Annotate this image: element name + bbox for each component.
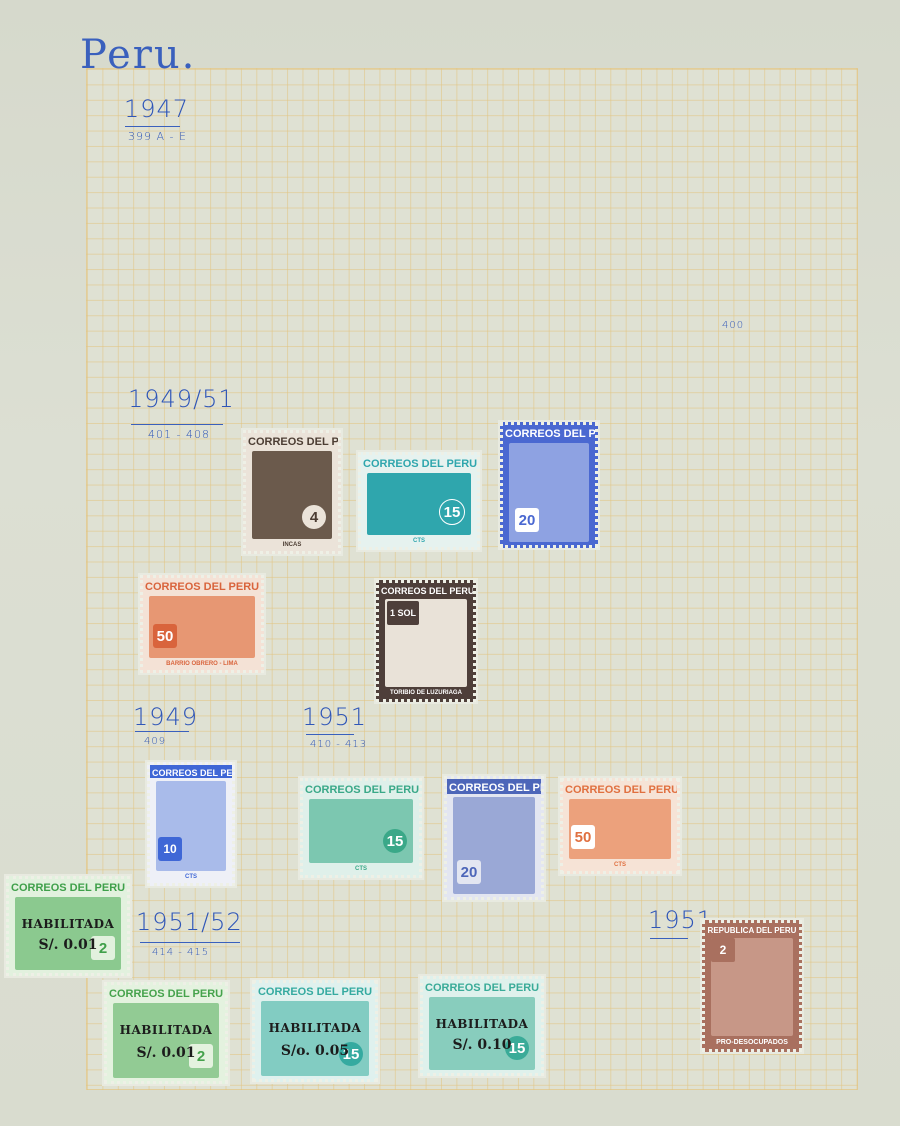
stamp-image: 4	[252, 451, 332, 539]
stamp: CORREOS DEL PERU 15 CTS	[300, 778, 422, 878]
catalog-range: 410 - 413	[310, 739, 367, 750]
section-year-1951: 1951	[302, 703, 367, 731]
album-page: Peru. 1947 399 A - E 400 1949/51 401 - 4…	[0, 0, 900, 1126]
underline	[650, 938, 688, 939]
underline	[306, 734, 354, 735]
stamp-image: 50	[149, 596, 255, 658]
stamp-overprinted: CORREOS DEL PERU 15 HABILITADA S/o. 0.05	[252, 980, 378, 1082]
stamp: CORREOS DEL PERU 10 CTS	[147, 762, 235, 886]
stamp-image: 20	[509, 443, 589, 542]
catalog-range: 399 A - E	[128, 130, 187, 143]
stamp-overprinted: CORREOS DEL PERU 2 HABILITADA S/. 0.01	[6, 876, 130, 976]
page-title: Peru.	[80, 32, 196, 78]
section-year-1951-52: 1951/52	[136, 908, 243, 936]
catalog-range: 414 - 415	[152, 947, 209, 958]
section-year-1949-51: 1949/51	[128, 385, 235, 413]
stamp-image: 2	[711, 938, 793, 1036]
stamp-overprinted: CORREOS DEL PERU 15 HABILITADA S/. 0.10	[420, 976, 544, 1076]
stamp: CORREOS DEL PERU 20	[444, 776, 544, 900]
margin-note: 400	[722, 320, 744, 331]
stamp-image: 2	[15, 897, 121, 970]
stamp-image: 15	[367, 473, 471, 535]
underline	[125, 126, 180, 127]
stamp: CORREOS DEL PERU 20	[500, 422, 598, 548]
stamp-image: 10	[156, 781, 226, 871]
catalog-range: 409	[144, 736, 166, 747]
stamp-image: 15	[261, 1001, 369, 1076]
stamp: CORREOS DEL PERU 50 BARRIO OBRERO - LIMA	[140, 575, 264, 673]
stamp: REPUBLICA DEL PERU 2 PRO-DESOCUPADOS	[702, 920, 802, 1052]
stamp: CORREOS DEL PERU 1 SOL TORIBIO DE LUZURI…	[376, 580, 476, 702]
stamp-image: 15	[309, 799, 413, 863]
section-year-1949: 1949	[133, 703, 198, 731]
stamp-overprinted: CORREOS DEL PERU 2 HABILITADA S/. 0.01	[104, 982, 228, 1084]
catalog-range: 401 - 408	[148, 428, 210, 441]
stamp-image: 50	[569, 799, 671, 859]
stamp-image: 1 SOL	[385, 599, 467, 687]
stamp: CORREOS DEL PERU 50 CTS	[560, 778, 680, 874]
underline	[135, 731, 189, 732]
stamp: CORREOS DEL PERU 15 CTS	[358, 452, 480, 550]
stamp-image: 2	[113, 1003, 219, 1078]
stamp-image: 15	[429, 997, 535, 1070]
section-year-1947: 1947	[124, 95, 189, 123]
underline	[140, 942, 240, 943]
stamp: CORREOS DEL PERU 4 INCAS	[243, 430, 341, 554]
stamp-image: 20	[453, 797, 535, 894]
underline	[131, 424, 223, 425]
